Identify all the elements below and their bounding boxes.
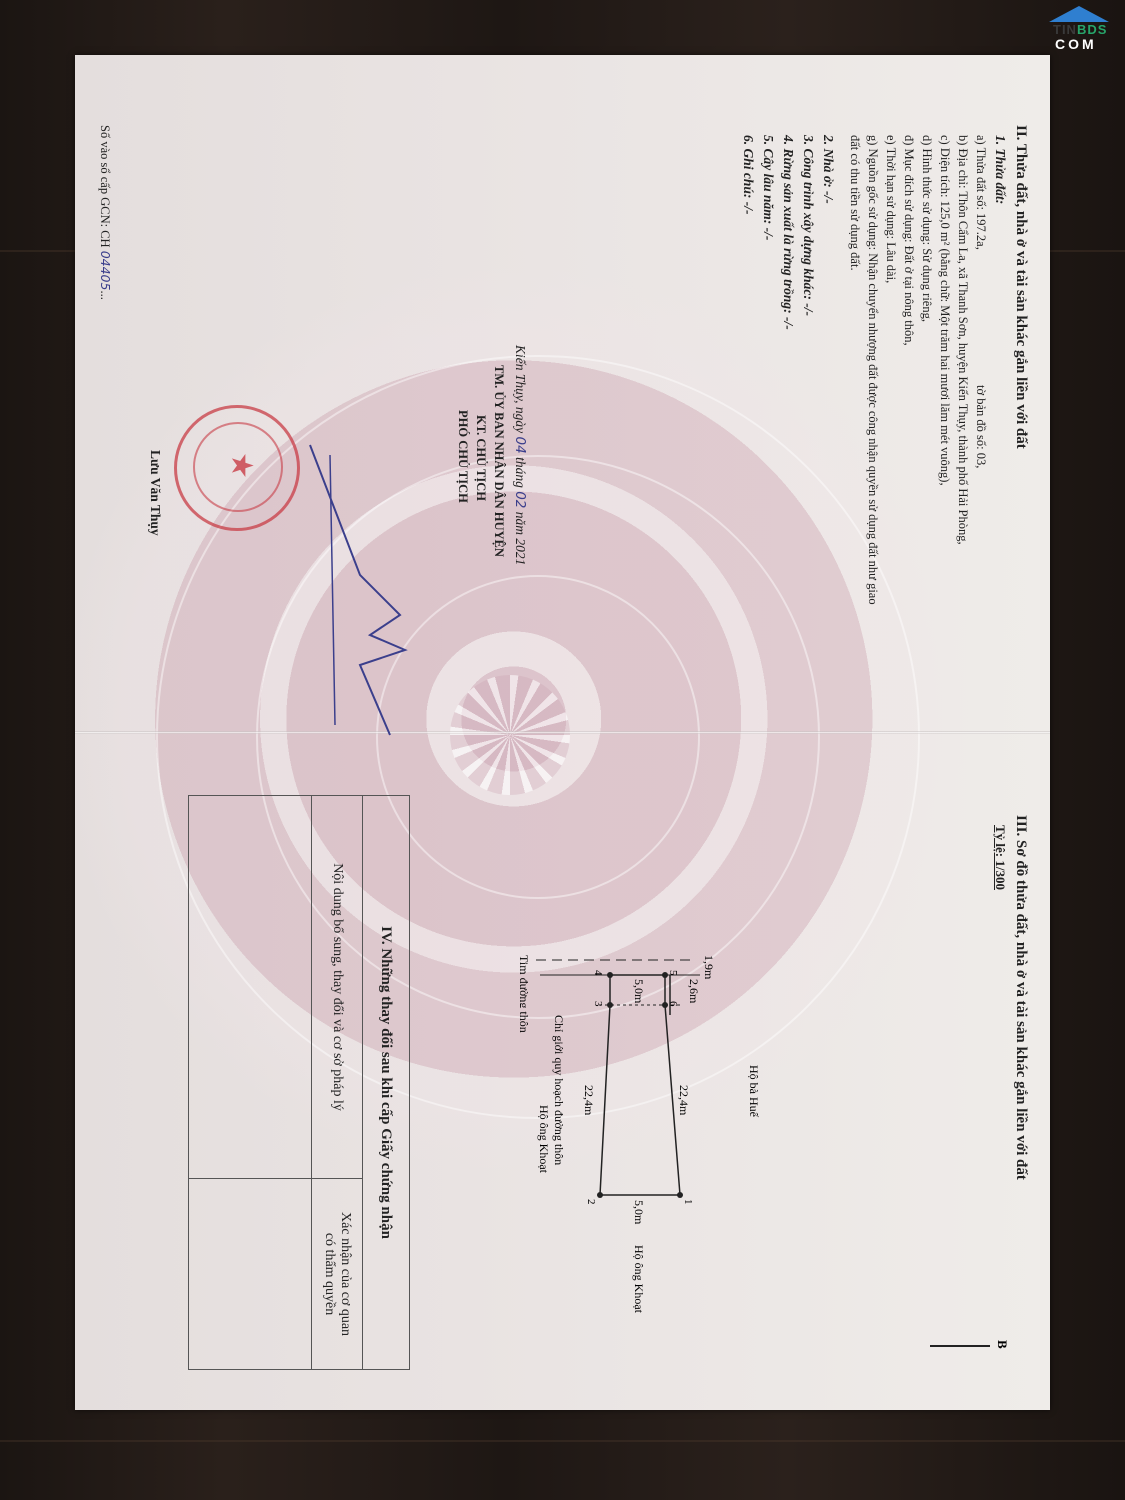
north-arrow-icon	[930, 1345, 990, 1347]
use-origin-cont: đất có thu tiền sử dụng đất.	[845, 135, 864, 271]
parcel-number: a) Thửa đất số: 197.2a,	[971, 135, 990, 250]
official-red-seal: ★	[174, 405, 300, 531]
dim-1-6: 22,4m	[677, 1085, 691, 1116]
land-certificate-page: II. Thửa đất, nhà ở và tài sản khác gắn …	[75, 55, 1050, 1410]
use-term: e) Thời hạn sử dụng: Lâu dài,	[881, 135, 900, 283]
wood-grain	[0, 1440, 1125, 1442]
section4-title: IV. Những thay đổi sau khi cấp Giấy chứn…	[363, 796, 410, 1370]
dim-offset-b: 1,9m	[702, 955, 716, 980]
signer-name: Lưu Văn Thụy	[146, 450, 165, 536]
drum-sun-icon	[450, 675, 570, 795]
parcel-address: b) Địa chỉ: Thôn Cẩm La, xã Thanh Sơn, h…	[953, 135, 972, 545]
perennial-item: 5. Cây lâu năm: -/-	[759, 135, 778, 240]
site-watermark-logo: TINBDS COM	[1035, 4, 1115, 56]
section2-title: II. Thửa đất, nhà ở và tài sản khác gắn …	[1011, 125, 1030, 449]
parcel-area: c) Diện tích: 125,0 m² (bằng chữ: Một tr…	[935, 135, 954, 486]
neighbor-khoat-side-label: Hộ ông Khoạt	[537, 1105, 551, 1174]
map-sheet-number: tờ bản đồ số: 03,	[971, 385, 990, 468]
handwritten-register-number: 04405	[98, 251, 113, 291]
signature-scribble	[290, 435, 430, 755]
house-item: 2. Nhà ở: -/-	[819, 135, 838, 204]
logo-text-com: COM	[1055, 36, 1097, 52]
house-icon	[1049, 6, 1109, 22]
star-icon: ★	[224, 452, 259, 479]
point-4: 4	[592, 970, 604, 976]
forest-item: 4. Rừng sản xuất là rừng trồng: -/-	[779, 135, 798, 330]
use-origin: g) Nguồn gốc sử dụng: Nhận chuyển nhượng…	[863, 135, 882, 605]
note-item: 6. Ghi chú: -/-	[739, 135, 758, 215]
point-1: 1	[682, 1199, 694, 1205]
section3-title: III. Sơ đồ thửa đất, nhà ở và tài sản kh…	[1011, 815, 1030, 1180]
signing-org: TM. ỦY BAN NHÂN DÂN HUYỆN	[489, 365, 508, 557]
dim-5-4: 5,0m	[632, 979, 646, 1004]
signing-role: PHÓ CHỦ TỊCH	[453, 410, 472, 503]
other-construction-item: 3. Công trình xây dựng khác: -/-	[799, 135, 818, 316]
register-number: Số vào sổ cấp GCN: CH 04405...	[95, 125, 115, 300]
signing-date: Kiến Thụy, ngày 04 tháng 02 năm 2021	[510, 345, 530, 565]
confirmation-cell	[189, 1179, 312, 1370]
col-header-content: Nội dung bổ sung, thay đổi và cơ sở pháp…	[312, 796, 363, 1179]
changes-table: IV. Những thay đổi sau khi cấp Giấy chứn…	[188, 795, 410, 1370]
use-purpose: đ) Mục đích sử dụng: Đất ở tại nông thôn…	[899, 135, 918, 346]
dim-2-3: 22,4m	[582, 1085, 596, 1116]
plan-line-label: Chỉ giới quy hoạch đường thôn	[552, 1015, 566, 1165]
point-3: 3	[592, 1001, 604, 1007]
handwritten-month: 02	[512, 491, 528, 508]
parcel-diagram: 5 6 1 2 3 4 22,4m 22,4m 5,0m 5,0m 2,6m 1…	[520, 955, 900, 1375]
handwritten-day: 04	[512, 437, 528, 454]
road-center-label: Tim đường thôn	[520, 955, 531, 1033]
section2-sub1: 1. Thửa đất:	[991, 135, 1010, 204]
neighbor-hue-label: Hộ bà Huế	[747, 1065, 761, 1118]
point-2: 2	[585, 1199, 597, 1205]
point-6: 6	[667, 1001, 679, 1007]
logo-text-bds: BDS	[1077, 22, 1107, 37]
signing-kt: KT. CHỦ TỊCH	[471, 415, 490, 501]
point-5: 5	[667, 970, 679, 976]
dim-offset-a: 2,6m	[687, 979, 701, 1004]
neighbor-khoat-label: Hộ ông Khoạt	[632, 1245, 646, 1314]
use-form: d) Hình thức sử dụng: Sử dụng riêng,	[917, 135, 936, 322]
map-scale: Tỷ lệ: 1/300	[991, 825, 1010, 890]
content-cell	[189, 796, 312, 1179]
dim-1-2: 5,0m	[632, 1200, 646, 1225]
logo-text-tin: TIN	[1053, 22, 1077, 37]
page-fold	[75, 731, 1050, 734]
north-label: B	[994, 1340, 1010, 1349]
col-header-confirmation: Xác nhận của cơ quancó thẩm quyền	[312, 1179, 363, 1370]
